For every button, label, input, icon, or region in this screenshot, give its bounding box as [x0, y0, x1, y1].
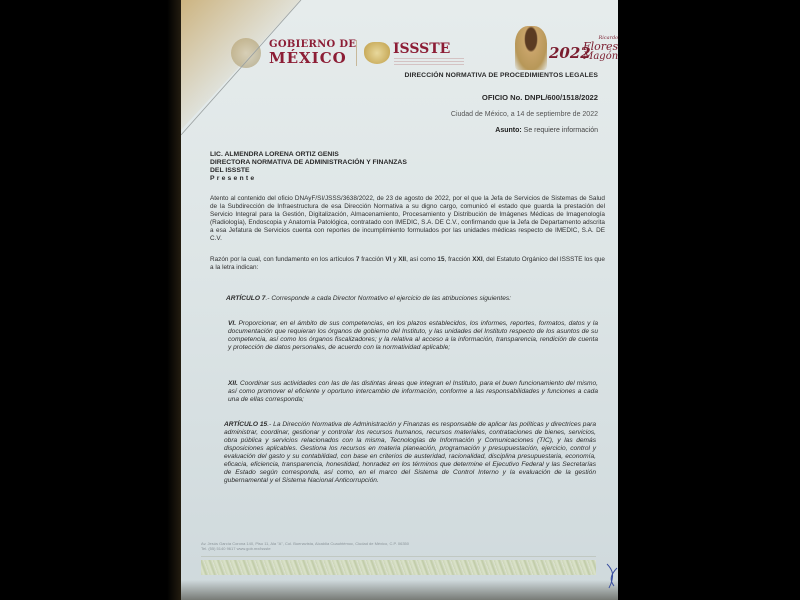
- gobierno-line2: MÉXICO: [269, 51, 356, 66]
- article-7-label: ARTÍCULO 7: [226, 295, 265, 302]
- flores-magon-portrait-icon: [515, 26, 547, 70]
- addressee-title: DIRECTORA NORMATIVA DE ADMINISTRACIÓN Y …: [210, 159, 407, 167]
- presente-label: Presente: [210, 175, 407, 183]
- issste-emblem-icon: [364, 42, 390, 64]
- fraction-vi-text: Proporcionar, en el ámbito de sus compet…: [228, 320, 598, 351]
- fraction-ref: XII: [398, 256, 406, 263]
- addressee-name: LIC. ALMENDRA LORENA ORTIZ GENIS: [210, 151, 407, 159]
- article-7-text: .- Corresponde a cada Director Normativo…: [265, 295, 511, 302]
- article-15-quote: ARTÍCULO 15.- La Dirección Normativa de …: [224, 421, 596, 485]
- logo-divider: [356, 40, 357, 66]
- oficio-number: OFICIO No. DNPL/600/1518/2022: [482, 93, 598, 102]
- issste-logo-text: ISSSTE: [393, 41, 450, 57]
- footer-divider: [201, 556, 596, 557]
- article-15-text: .- La Dirección Normativa de Administrac…: [224, 421, 596, 484]
- text-run: , fracción: [445, 256, 473, 263]
- decorative-footer-band: [201, 560, 596, 575]
- subject-value: Se requiere información: [524, 127, 598, 134]
- mexico-seal-icon: [231, 38, 261, 68]
- subject-label: Asunto:: [495, 127, 521, 134]
- document-date: Ciudad de México, a 14 de septiembre de …: [451, 111, 598, 118]
- text-run: , así como: [406, 256, 437, 263]
- fraction-ref: XXI: [472, 256, 482, 263]
- gobierno-de-mexico-logo: GOBIERNO DE MÉXICO: [269, 40, 356, 66]
- addressee-institution: DEL ISSSTE: [210, 167, 407, 175]
- paragraph-legal-basis: Razón por la cual, con fundamento en los…: [210, 256, 605, 272]
- footer-phone-web: Tel. (55) 5140 9617 www.gob.mx/issste: [201, 546, 409, 551]
- magon-label: Magón: [583, 52, 618, 62]
- paragraph-context: Atento al contenido del oficio DNAyF/SI/…: [210, 195, 605, 243]
- article-7-quote: ARTÍCULO 7.- Corresponde a cada Director…: [209, 295, 604, 303]
- article-ref: 15: [437, 256, 444, 263]
- issste-subtitle: [394, 58, 464, 66]
- article-15-label: ARTÍCULO 15: [224, 421, 267, 428]
- flores-magon-logo: Ricardo Flores Magón: [583, 36, 618, 62]
- text-run: fracción: [359, 256, 385, 263]
- document-page: GOBIERNO DE MÉXICO ISSSTE 2022 Ricardo F…: [181, 0, 618, 600]
- signature-mark-icon: [605, 560, 619, 590]
- addressee-block: LIC. ALMENDRA LORENA ORTIZ GENIS DIRECTO…: [210, 151, 407, 183]
- fraction-xii-quote: XII. Coordinar sus actividades con las d…: [228, 380, 598, 404]
- text-run: Razón por la cual, con fundamento en los…: [210, 256, 356, 263]
- fraction-vi-quote: VI. Proporcionar, en el ámbito de sus co…: [228, 320, 598, 352]
- fraction-xii-label: XII.: [228, 380, 238, 387]
- subject-line: Asunto: Se requiere información: [495, 127, 598, 134]
- fraction-xii-text: Coordinar sus actividades con las de las…: [228, 380, 598, 403]
- issuing-department: DIRECCIÓN NORMATIVA DE PROCEDIMIENTOS LE…: [405, 72, 598, 79]
- footer-contact: Av. Jesús García Corona 140, Piso 11, Al…: [201, 541, 409, 551]
- photo-background-left: [0, 0, 190, 600]
- page-bottom-shadow: [181, 580, 618, 600]
- fraction-vi-label: VI.: [228, 320, 236, 327]
